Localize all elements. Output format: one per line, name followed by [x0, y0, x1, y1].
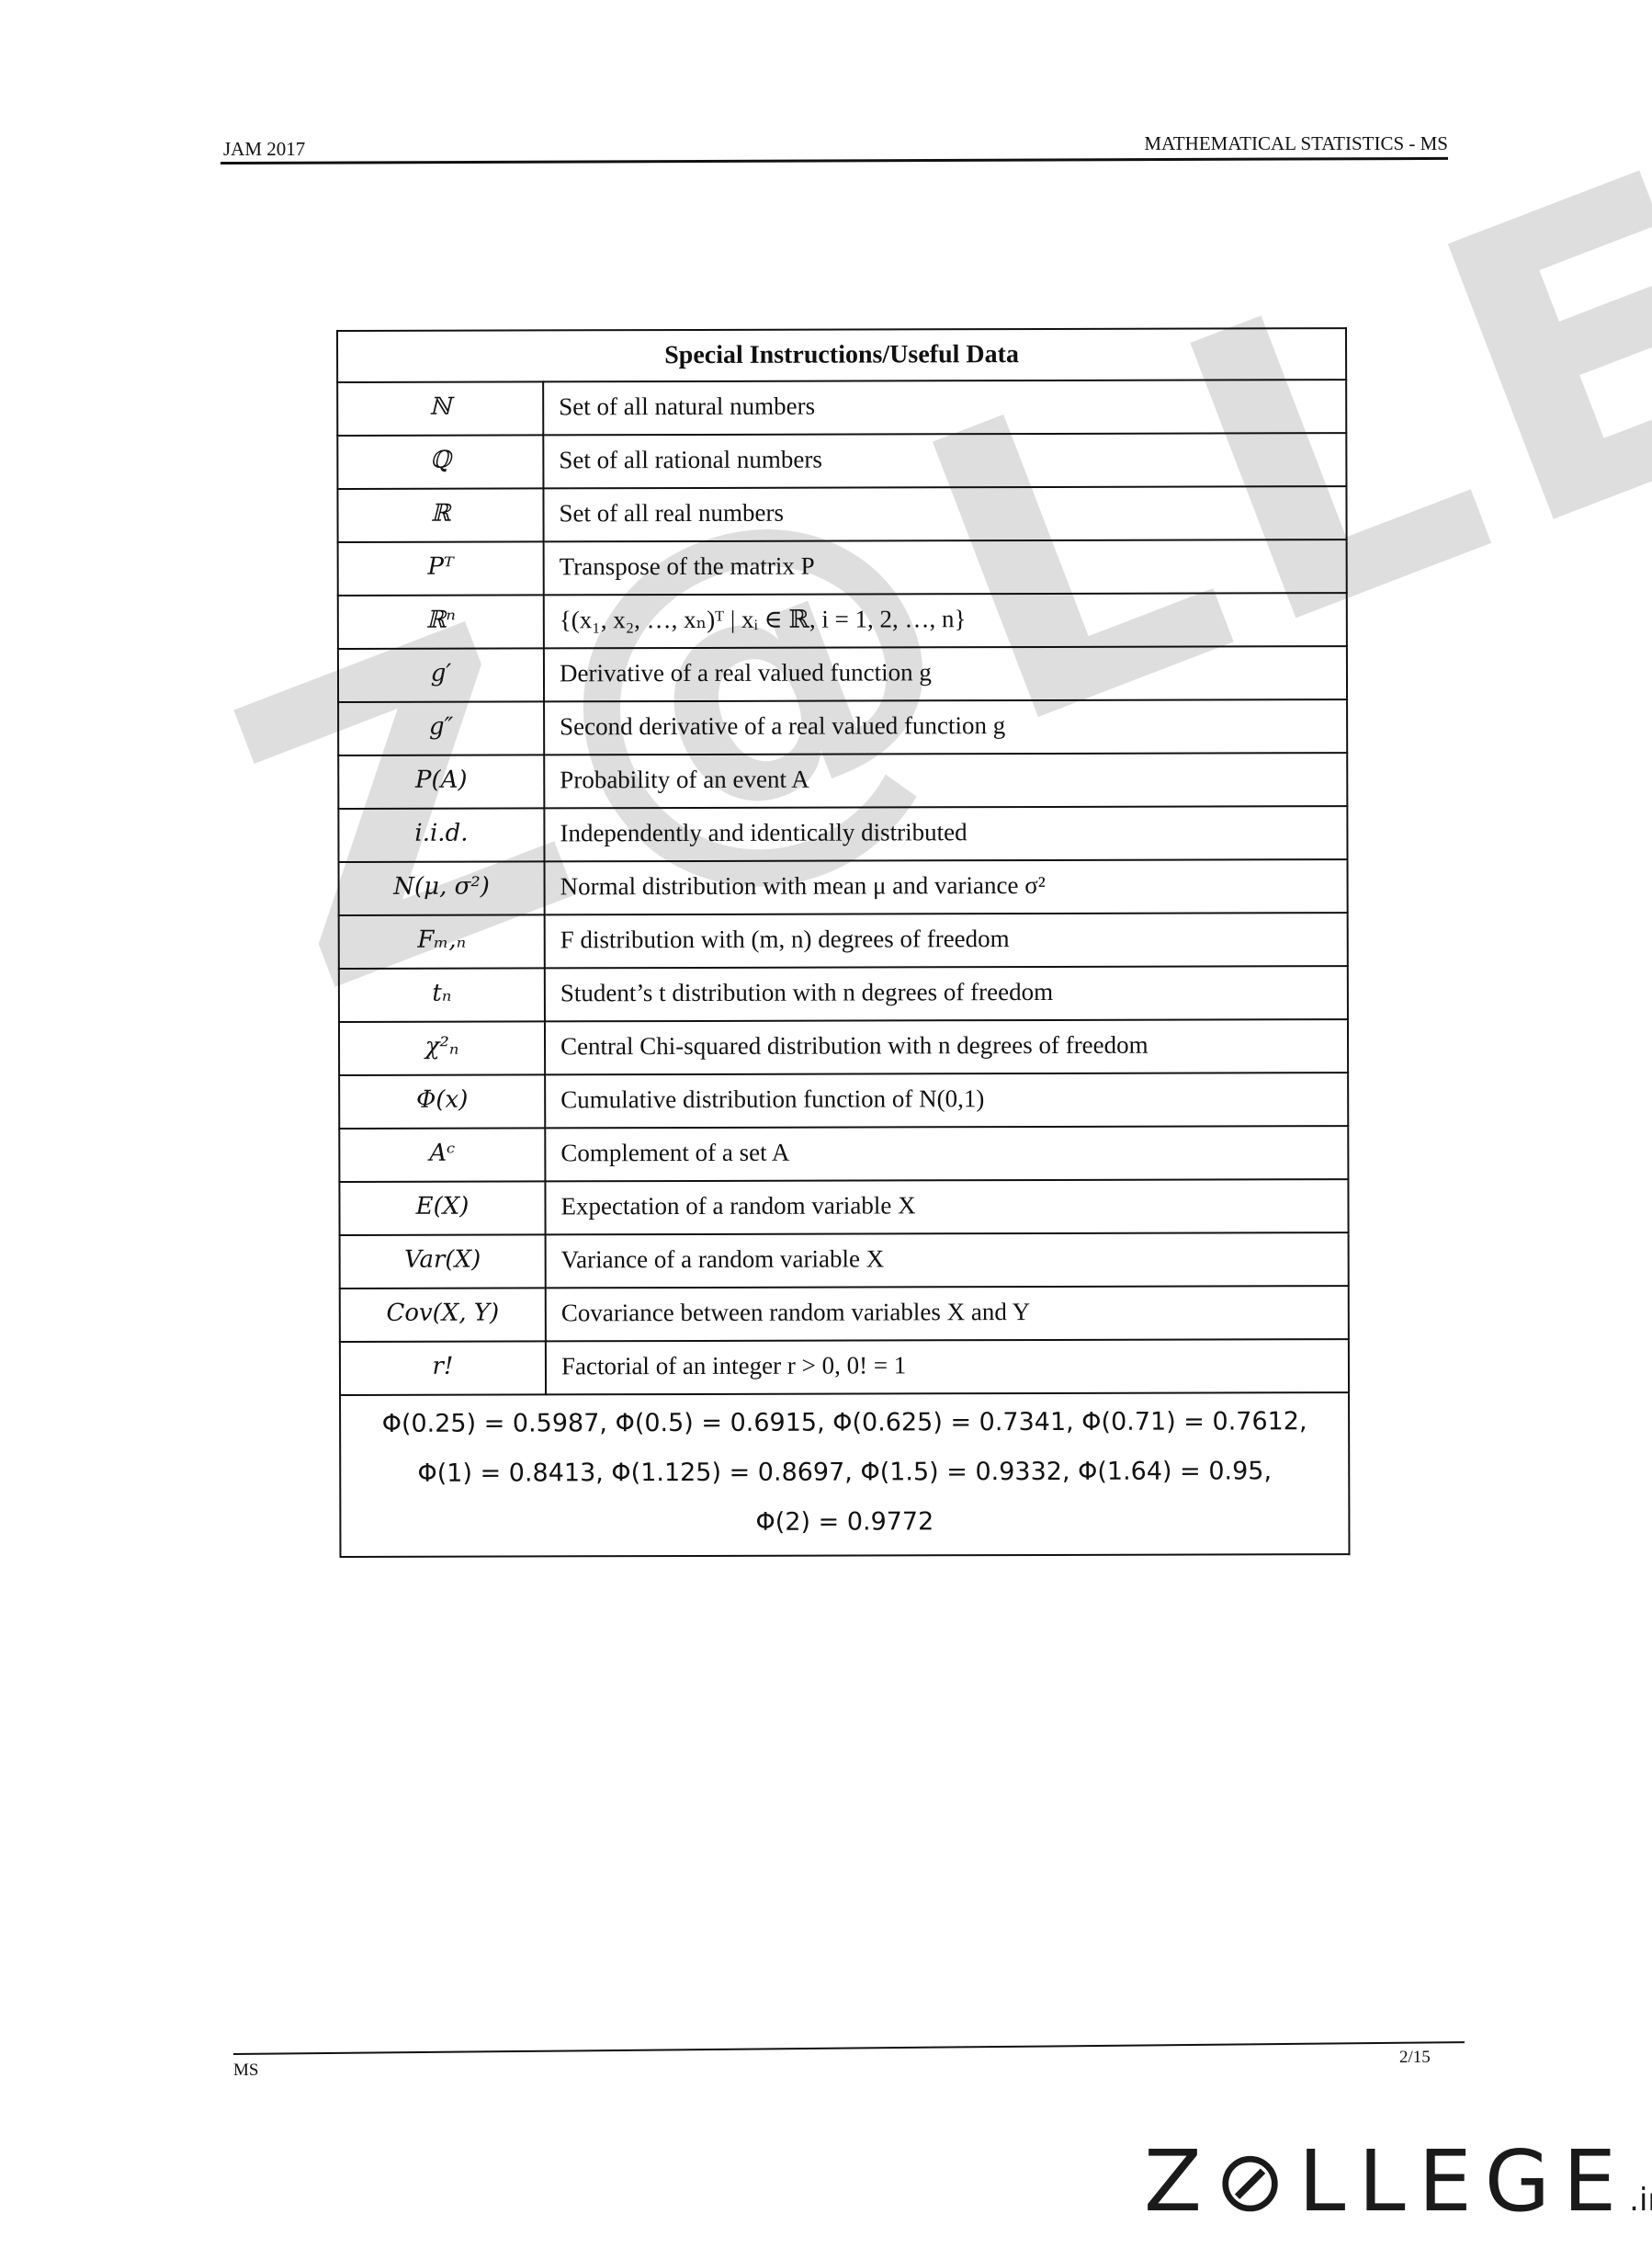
description-cell: Transpose of the matrix P: [544, 539, 1347, 595]
footer-rule: [233, 2041, 1465, 2055]
symbol-cell: E(X): [339, 1181, 545, 1235]
table-row: Var(X)Variance of a random variable X: [340, 1232, 1349, 1289]
description-cell: F distribution with (m, n) degrees of fr…: [545, 913, 1348, 968]
table-row: tₙStudent’s t distribution with n degree…: [339, 966, 1348, 1022]
table-row: ℝⁿ{(x₁, x₂, …, xₙ)ᵀ | xᵢ ∈ ℝ, i = 1, 2, …: [338, 593, 1347, 649]
table-row: P(A)Probability of an event A: [338, 753, 1347, 809]
symbol-cell: Cov(X, Y): [340, 1288, 546, 1342]
table-row: g″Second derivative of a real valued fun…: [338, 699, 1347, 755]
description-cell: Set of all rational numbers: [543, 433, 1346, 488]
description-cell: Central Chi-squared distribution with n …: [545, 1019, 1348, 1074]
description-cell: {(x₁, x₂, …, xₙ)ᵀ | xᵢ ∈ ℝ, i = 1, 2, …,…: [544, 593, 1347, 648]
symbol-cell: g′: [338, 648, 544, 702]
symbol-cell: ℝⁿ: [338, 595, 544, 649]
symbol-cell: N(μ, σ²): [339, 861, 545, 915]
symbol-cell: Pᵀ: [338, 541, 544, 596]
description-cell: Set of all natural numbers: [543, 380, 1346, 435]
table-row: E(X)Expectation of a random variable X: [339, 1179, 1348, 1235]
table-row: ℝSet of all real numbers: [337, 486, 1346, 542]
phi-values-line: Φ(2) = 0.9772: [341, 1496, 1348, 1549]
description-cell: Student’s t distribution with n degrees …: [545, 966, 1348, 1021]
description-cell: Factorial of an integer r > 0, 0! = 1: [546, 1339, 1349, 1394]
description-cell: Complement of a set A: [545, 1126, 1348, 1181]
table-row: Cov(X, Y)Covariance between random varia…: [340, 1286, 1349, 1342]
description-cell: Variance of a random variable X: [546, 1232, 1349, 1288]
table-row: Φ(x)Cumulative distribution function of …: [339, 1073, 1348, 1129]
table-row: Fₘ,ₙF distribution with (m, n) degrees o…: [339, 913, 1348, 969]
description-cell: Cumulative distribution function of N(0,…: [545, 1073, 1348, 1128]
table-row: g′Derivative of a real valued function g: [338, 646, 1347, 702]
symbol-cell: ℝ: [337, 488, 543, 542]
symbol-cell: Aᶜ: [339, 1128, 545, 1182]
header-rule: [221, 157, 1448, 165]
table-row: PᵀTranspose of the matrix P: [338, 539, 1347, 596]
symbol-cell: tₙ: [339, 968, 545, 1022]
description-cell: Probability of an event A: [544, 753, 1347, 808]
table-row: ℕSet of all natural numbers: [337, 380, 1346, 436]
description-cell: Covariance between random variables X an…: [546, 1286, 1349, 1341]
table-title: Special Instructions/Useful Data: [337, 328, 1346, 382]
table-row: ℚSet of all rational numbers: [337, 433, 1346, 489]
table-row: i.i.d.Independently and identically dist…: [338, 806, 1347, 862]
table-row: AᶜComplement of a set A: [339, 1126, 1348, 1182]
phi-values-line: Φ(1) = 0.8413, Φ(1.125) = 0.8697, Φ(1.5)…: [341, 1447, 1348, 1499]
zollege-logo: Z⊘LLEGE.in: [1144, 2132, 1652, 2231]
table-row: N(μ, σ²)Normal distribution with mean μ …: [339, 859, 1348, 915]
symbol-cell: ℕ: [337, 381, 543, 436]
footer-subject-code: MS: [233, 2061, 258, 2081]
symbol-cell: Var(X): [340, 1234, 546, 1289]
symbol-cell: χ²ₙ: [339, 1021, 545, 1075]
paper-subject: MATHEMATICAL STATISTICS - MS: [1144, 132, 1448, 155]
symbol-cell: ℚ: [337, 435, 543, 489]
phi-values-line: Φ(0.25) = 0.5987, Φ(0.5) = 0.6915, Φ(0.6…: [341, 1397, 1348, 1449]
exam-title: JAM 2017: [223, 138, 305, 161]
page-number: 2/15: [1399, 2048, 1431, 2068]
description-cell: Derivative of a real valued function g: [544, 646, 1347, 701]
symbol-cell: g″: [338, 701, 544, 755]
useful-data-table: Special Instructions/Useful Data ℕSet of…: [336, 327, 1350, 1558]
logo-tld: .in: [1629, 2182, 1652, 2219]
description-cell: Normal distribution with mean μ and vari…: [545, 859, 1348, 914]
description-cell: Second derivative of a real valued funct…: [544, 699, 1347, 755]
symbol-cell: P(A): [338, 755, 544, 809]
symbol-cell: Φ(x): [339, 1074, 545, 1129]
symbol-cell: r!: [340, 1341, 546, 1395]
logo-text: Z⊘LLEGE: [1144, 2132, 1629, 2231]
symbol-cell: i.i.d.: [338, 808, 544, 862]
table-body: ℕSet of all natural numbersℚSet of all r…: [337, 380, 1349, 1395]
phi-values-cell: Φ(0.25) = 0.5987, Φ(0.5) = 0.6915, Φ(0.6…: [340, 1392, 1349, 1557]
symbol-cell: Fₘ,ₙ: [339, 914, 545, 969]
table-row: χ²ₙCentral Chi-squared distribution with…: [339, 1019, 1348, 1075]
description-cell: Set of all real numbers: [543, 486, 1346, 541]
description-cell: Independently and identically distribute…: [544, 806, 1347, 861]
table-row: r!Factorial of an integer r > 0, 0! = 1: [340, 1339, 1349, 1395]
description-cell: Expectation of a random variable X: [545, 1179, 1348, 1234]
